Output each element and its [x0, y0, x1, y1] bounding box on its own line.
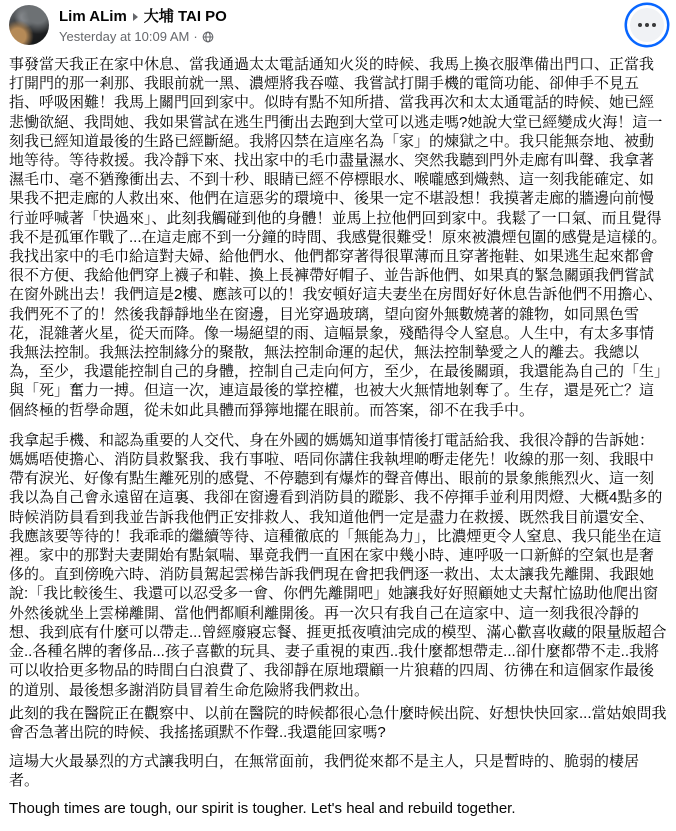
chevron-right-icon — [133, 13, 138, 21]
author-row: Lim ALim 大埔 TAI PO — [59, 7, 227, 26]
post-paragraph: 我拿起手機、和認為重要的人交代、身在外國的媽媽知道事情後打電話給我、我很冷靜的告… — [9, 431, 667, 700]
post-body: 事發當天我正在家中休息、當我通過太太電話通知火災的時候、我馬上換衣服準備出門口、… — [9, 55, 667, 818]
post-paragraph: Though times are tough, our spirit is to… — [9, 799, 667, 818]
post-header-info: Lim ALim 大埔 TAI PO Yesterday at 10:09 AM… — [59, 5, 227, 45]
author-name[interactable]: Lim ALim — [59, 7, 127, 26]
ellipsis-icon — [645, 23, 649, 27]
post-paragraph: 此刻的我在醫院正在觀察中、以前在醫院的時候都很心急什麼時候出院、好想快快回家..… — [9, 704, 667, 742]
post-paragraph: 事發當天我正在家中休息、當我通過太太電話通知火災的時候、我馬上換衣服準備出門口、… — [9, 55, 667, 420]
post-meta-row: Yesterday at 10:09 AM · — [59, 29, 227, 45]
ellipsis-icon — [638, 23, 642, 27]
post-paragraph: 這場大火最暴烈的方式讓我明白，在無常面前，我們從來都不是主人，只是暫時的、脆弱的… — [9, 752, 667, 790]
group-name[interactable]: 大埔 TAI PO — [144, 7, 227, 26]
meta-separator: · — [193, 29, 197, 45]
facebook-post: Lim ALim 大埔 TAI PO Yesterday at 10:09 AM… — [0, 0, 676, 818]
globe-icon — [202, 31, 214, 43]
more-options-button[interactable] — [630, 8, 664, 42]
ellipsis-icon — [652, 23, 656, 27]
post-header: Lim ALim 大埔 TAI PO Yesterday at 10:09 AM… — [9, 0, 667, 45]
avatar[interactable] — [9, 5, 49, 45]
post-timestamp[interactable]: Yesterday at 10:09 AM — [59, 29, 189, 45]
